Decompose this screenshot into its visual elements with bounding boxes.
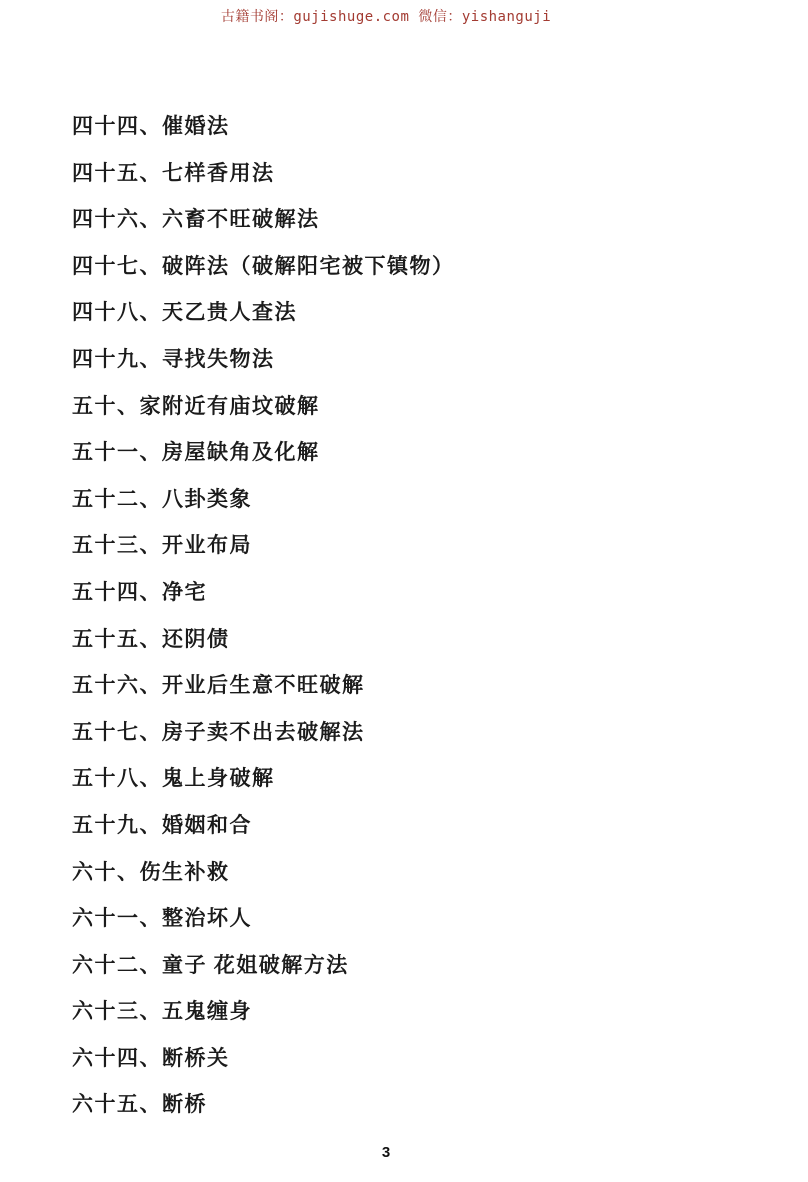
toc-item: 四十四、催婚法 bbox=[72, 103, 768, 150]
page-number: 3 bbox=[0, 1144, 772, 1161]
toc-item: 四十七、破阵法（破解阳宅被下镇物） bbox=[72, 243, 768, 290]
toc-item: 五十五、还阴债 bbox=[72, 616, 768, 663]
toc-item: 六十三、五鬼缠身 bbox=[72, 988, 768, 1035]
toc-item: 五十六、开业后生意不旺破解 bbox=[72, 662, 768, 709]
toc-item: 四十八、天乙贵人查法 bbox=[72, 289, 768, 336]
toc-item: 五十七、房子卖不出去破解法 bbox=[72, 709, 768, 756]
toc-item: 六十二、童子 花姐破解方法 bbox=[72, 942, 768, 989]
toc-item: 四十五、七样香用法 bbox=[72, 150, 768, 197]
toc-item: 五十四、净宅 bbox=[72, 569, 768, 616]
toc-item: 六十一、整治坏人 bbox=[72, 895, 768, 942]
toc-item: 五十二、八卦类象 bbox=[72, 476, 768, 523]
toc-item: 五十三、开业布局 bbox=[72, 522, 768, 569]
watermark-header: 古籍书阁：gujishuge.com 微信：yishanguji bbox=[0, 6, 772, 26]
toc-item: 五十八、鬼上身破解 bbox=[72, 755, 768, 802]
toc-item: 六十、伤生补救 bbox=[72, 849, 768, 896]
toc-item: 五十、家附近有庙坟破解 bbox=[72, 383, 768, 430]
toc-item: 四十六、六畜不旺破解法 bbox=[72, 196, 768, 243]
table-of-contents: 四十四、催婚法 四十五、七样香用法 四十六、六畜不旺破解法 四十七、破阵法（破解… bbox=[72, 103, 768, 1128]
toc-item: 六十四、断桥关 bbox=[72, 1035, 768, 1082]
toc-item: 六十五、断桥 bbox=[72, 1081, 768, 1128]
toc-item: 五十九、婚姻和合 bbox=[72, 802, 768, 849]
toc-item: 四十九、寻找失物法 bbox=[72, 336, 768, 383]
toc-item: 五十一、房屋缺角及化解 bbox=[72, 429, 768, 476]
document-page: 古籍书阁：gujishuge.com 微信：yishanguji 四十四、催婚法… bbox=[0, 0, 808, 1182]
